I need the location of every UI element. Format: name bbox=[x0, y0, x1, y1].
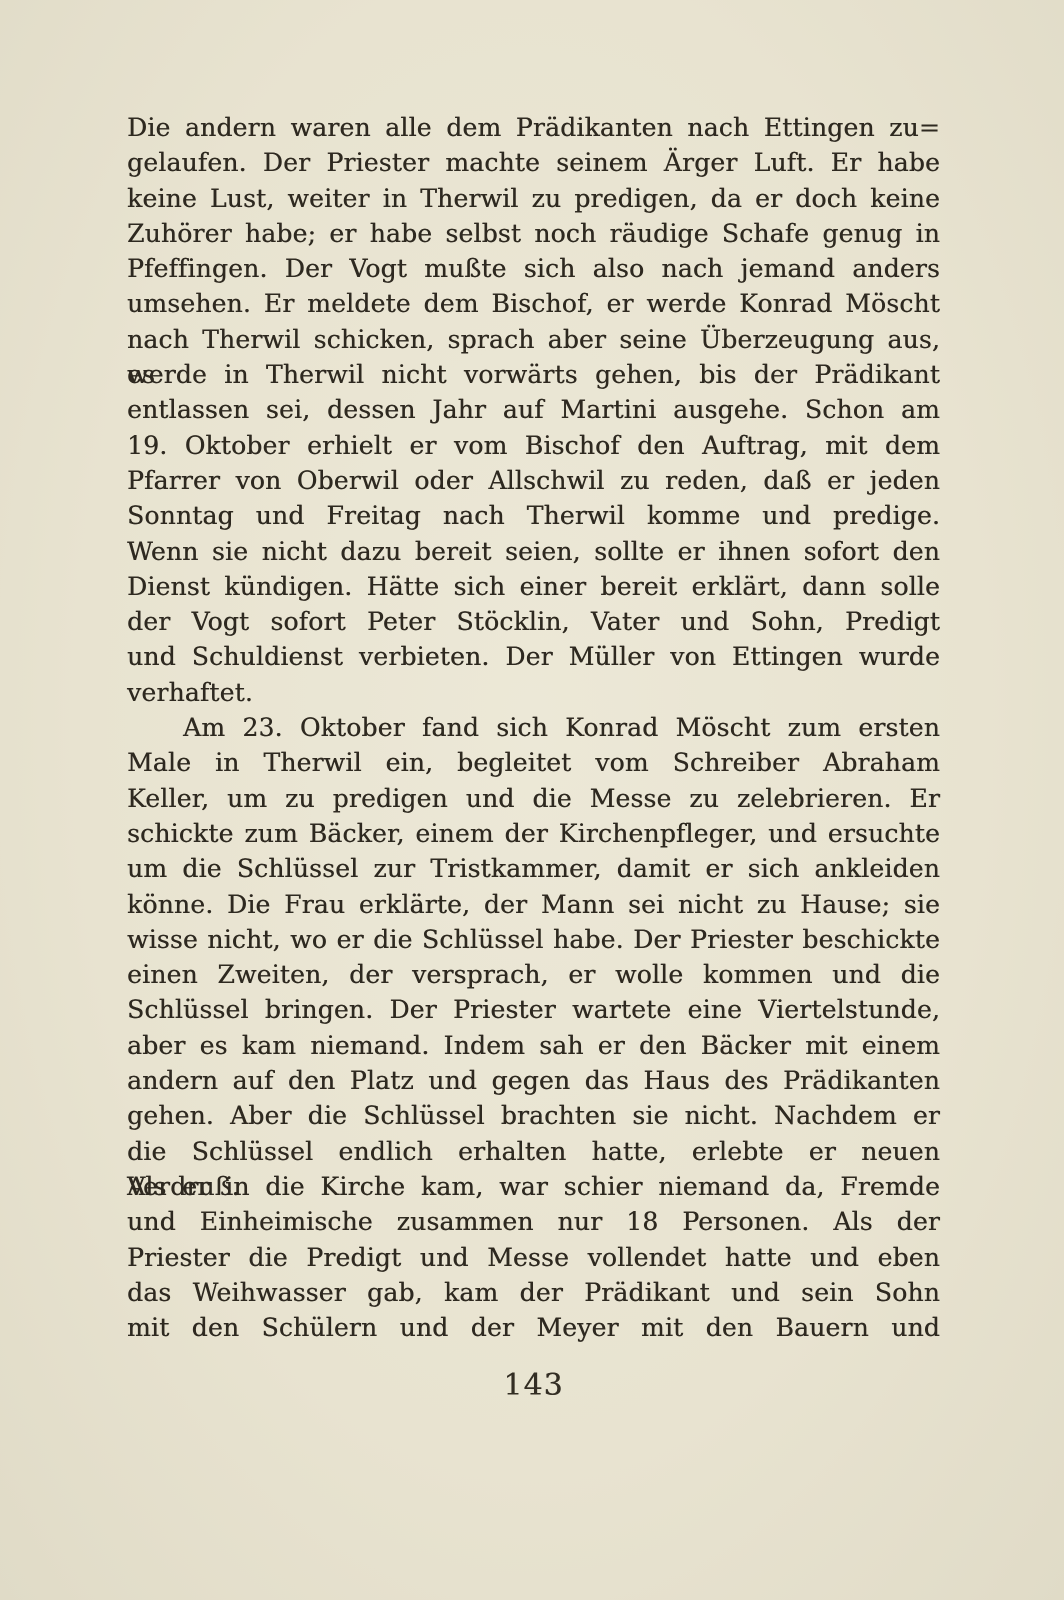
text-line: verhaftet. bbox=[127, 675, 940, 710]
text-line: Zuhörer habe; er habe selbst noch räudig… bbox=[127, 216, 940, 251]
text-line: andern auf den Platz und gegen das Haus … bbox=[127, 1063, 940, 1098]
text-line: Keller, um zu predigen und die Messe zu … bbox=[127, 781, 940, 816]
text-line: wisse nicht, wo er die Schlüssel habe. D… bbox=[127, 922, 940, 957]
text-line: schickte zum Bäcker, einem der Kirchenpf… bbox=[127, 816, 940, 851]
text-line: Am 23. Oktober fand sich Konrad Möscht z… bbox=[127, 710, 940, 745]
text-line: gehen. Aber die Schlüssel brachten sie n… bbox=[127, 1098, 940, 1133]
text-line: nach Therwil schicken, sprach aber seine… bbox=[127, 322, 940, 357]
text-line: einen Zweiten, der versprach, er wolle k… bbox=[127, 957, 940, 992]
text-line: umsehen. Er meldete dem Bischof, er werd… bbox=[127, 286, 940, 321]
text-line: mit den Schülern und der Meyer mit den B… bbox=[127, 1310, 940, 1345]
text-line: und Einheimische zusammen nur 18 Persone… bbox=[127, 1204, 940, 1239]
text-line: um die Schlüssel zur Tristkammer, damit … bbox=[127, 851, 940, 886]
text-line: Male in Therwil ein, begleitet vom Schre… bbox=[127, 745, 940, 780]
text-line: gelaufen. Der Priester machte seinem Ärg… bbox=[127, 145, 940, 180]
text-line: die Schlüssel endlich erhalten hatte, er… bbox=[127, 1134, 940, 1169]
text-line: 19. Oktober erhielt er vom Bischof den A… bbox=[127, 428, 940, 463]
text-block: Die andern waren alle dem Prädikanten na… bbox=[127, 110, 940, 1345]
page-number: 143 bbox=[127, 1368, 940, 1403]
text-line: der Vogt sofort Peter Stöcklin, Vater un… bbox=[127, 604, 940, 639]
text-line: Sonntag und Freitag nach Therwil komme u… bbox=[127, 498, 940, 533]
text-line: Dienst kündigen. Hätte sich einer bereit… bbox=[127, 569, 940, 604]
text-line: Wenn sie nicht dazu bereit seien, sollte… bbox=[127, 534, 940, 569]
text-line: werde in Therwil nicht vorwärts gehen, b… bbox=[127, 357, 940, 392]
text-line: das Weihwasser gab, kam der Prädikant un… bbox=[127, 1275, 940, 1310]
text-line: könne. Die Frau erklärte, der Mann sei n… bbox=[127, 887, 940, 922]
text-line: Als er in die Kirche kam, war schier nie… bbox=[127, 1169, 940, 1204]
text-line: und Schuldienst verbieten. Der Müller vo… bbox=[127, 639, 940, 674]
text-line: entlassen sei, dessen Jahr auf Martini a… bbox=[127, 392, 940, 427]
scanned-book-page: Die andern waren alle dem Prädikanten na… bbox=[0, 0, 1064, 1600]
text-line: Pfarrer von Oberwil oder Allschwil zu re… bbox=[127, 463, 940, 498]
text-line: Pfeffingen. Der Vogt mußte sich also nac… bbox=[127, 251, 940, 286]
text-line: aber es kam niemand. Indem sah er den Bä… bbox=[127, 1028, 940, 1063]
text-line: Schlüssel bringen. Der Priester wartete … bbox=[127, 992, 940, 1027]
text-line: Priester die Predigt und Messe vollendet… bbox=[127, 1240, 940, 1275]
text-line: keine Lust, weiter in Therwil zu predige… bbox=[127, 181, 940, 216]
text-line: Die andern waren alle dem Prädikanten na… bbox=[127, 110, 940, 145]
